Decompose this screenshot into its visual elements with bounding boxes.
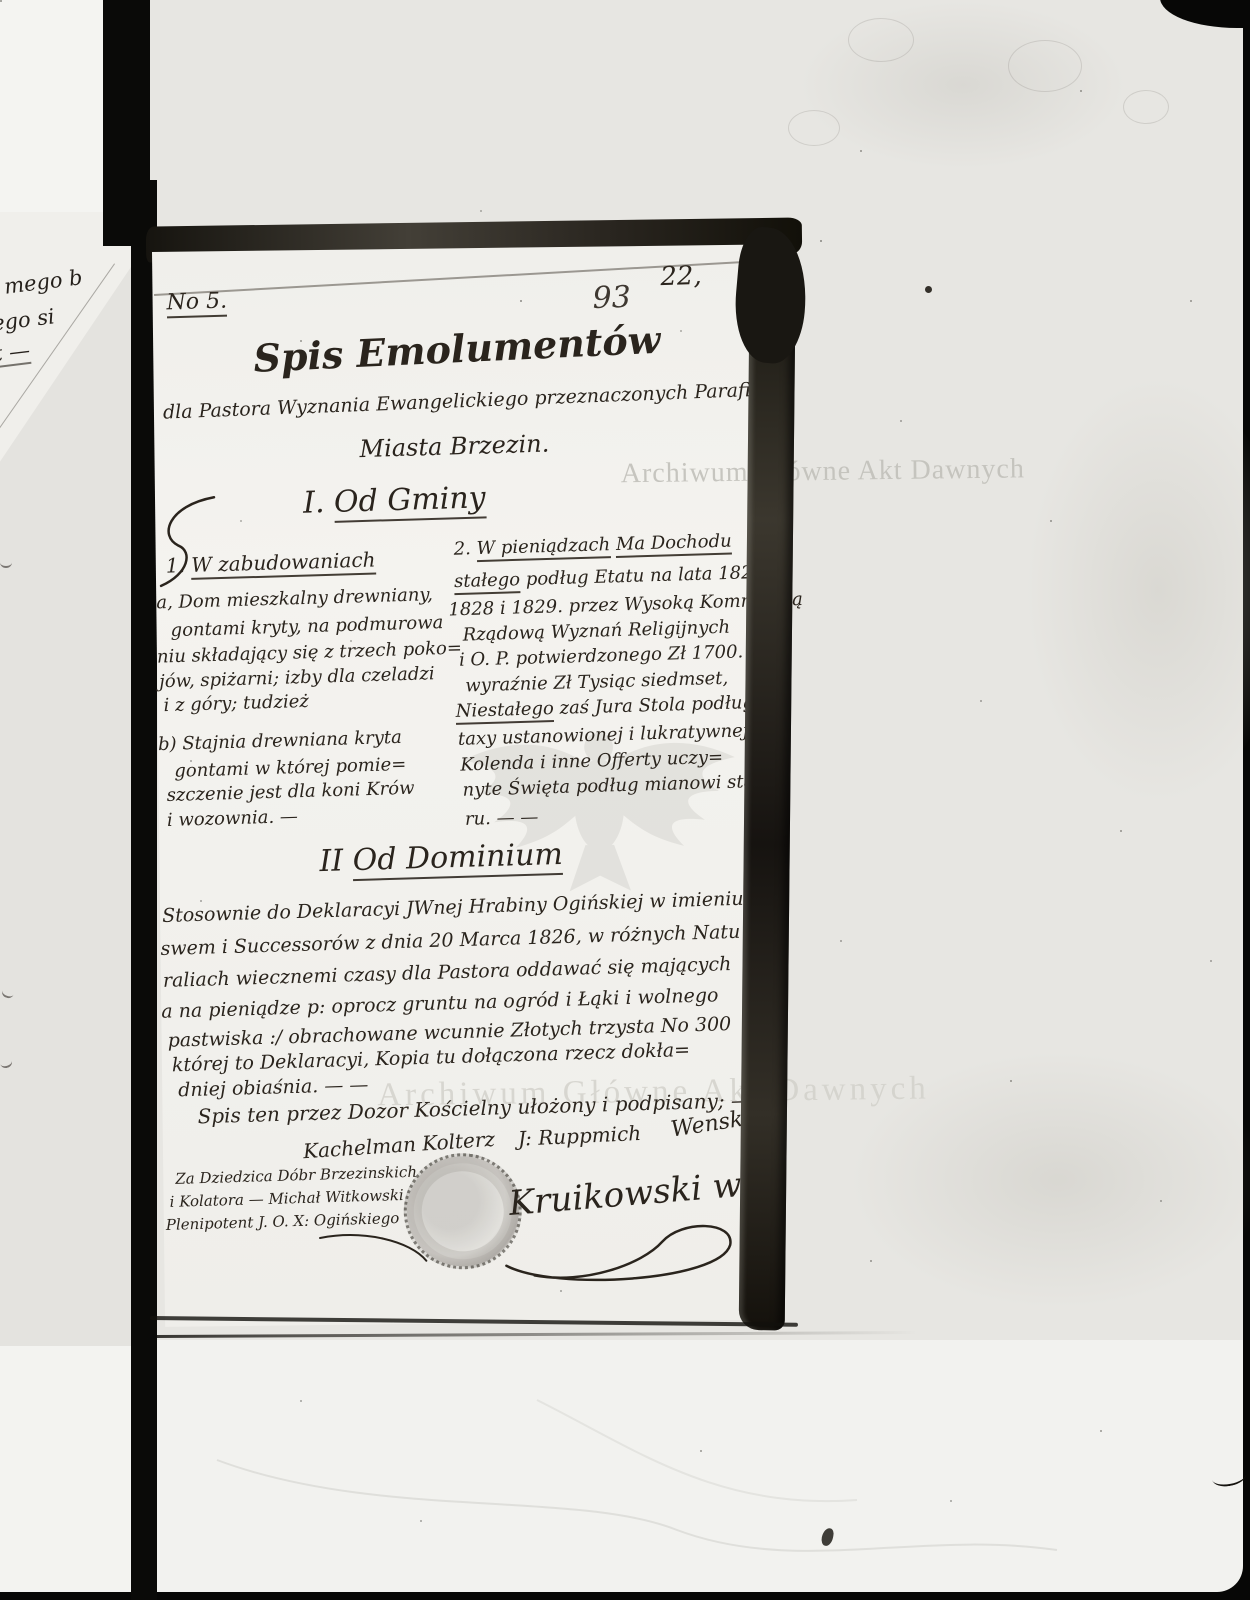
stain-ring: [848, 18, 914, 62]
attestation-line: Za Dziedzica Dóbr Brzezinskich: [175, 1163, 417, 1188]
left-line: i wozownia. —: [167, 806, 299, 831]
ink-dot: [925, 286, 932, 293]
section2-number: II: [319, 843, 344, 879]
title-line3: Miasta Brzezin.: [304, 428, 605, 465]
right-line: ru. — —: [465, 807, 539, 830]
left-line: szczenie jest dla koni Krów: [166, 778, 414, 806]
title-line2: dla Pastora Wyznania Ewangelickiego prze…: [160, 379, 760, 424]
stain-ring: [788, 110, 840, 146]
left-line: b) Stajnia drewniana kryta: [158, 727, 402, 755]
ink-mark: [0, 985, 15, 999]
stain-ring: [1123, 90, 1169, 124]
right-underlined: Niestałego: [455, 698, 554, 725]
dust-specks: [0, 0, 2, 2]
item2-heading-u2: Ma Dochodu: [616, 531, 732, 558]
attestation-line: i Kolatora — Michał Witkowski: [169, 1186, 404, 1211]
right-line: podług Etatu na lata 1827,: [526, 562, 770, 590]
left-line: gontami kryty, na podmurowa: [170, 612, 443, 641]
document-title: Spis Emolumentów: [252, 317, 661, 381]
item1-heading: W zabudowaniach: [191, 547, 376, 579]
item2-number: 2.: [453, 538, 471, 560]
manuscript-page: Archiwum Główne Akt Dawnych Archiwum Głó…: [152, 245, 777, 1327]
signature: J: Ruppmich: [517, 1121, 641, 1151]
attestation-line: Plenipotent J. O. X: Ogińskiego: [166, 1209, 400, 1234]
water-stain: [798, 0, 1128, 170]
section2-line: swem i Successorów z dnia 20 Marca 1826,…: [160, 921, 740, 960]
archive-watermark: Archiwum Główne Akt Dawnych: [621, 453, 1026, 490]
page-number-pencil: 93: [592, 280, 631, 316]
left-line: i z góry; tudzież: [163, 691, 309, 716]
section1-number: I.: [303, 485, 325, 521]
left-line: jów, spiżarni; izby dla czeladzi: [159, 663, 435, 692]
section2-heading: Od Dominium: [352, 837, 563, 881]
adjacent-page: mego b ego si t —: [0, 212, 133, 1346]
microfilm-scan: mego b ego si t — No 7. — m Archiwum Głó…: [0, 0, 1250, 1600]
crease-lines: [157, 1340, 1243, 1592]
section1-heading: Od Gminy: [333, 480, 486, 522]
right-line: i O. P. potwierdzonego Zł 1700.: [459, 641, 744, 670]
item2-heading-u1: W pieniądzach: [476, 534, 610, 562]
item1-number: 1.: [165, 553, 185, 578]
left-line: a, Dom mieszkalny drewniany,: [156, 584, 433, 613]
stain-ring: [1008, 40, 1082, 92]
bottom-left-sheet: [0, 1346, 133, 1592]
right-underlined: stałego: [454, 569, 521, 595]
right-line: Rządową Wyznań Religijnych: [462, 617, 730, 646]
main-signature: Kruikowski w.: [507, 1164, 750, 1224]
left-line: gontami w której pomie=: [174, 754, 407, 782]
ink-mark: [0, 557, 12, 568]
top-left-sheet: [0, 0, 104, 212]
section2-lastline: dniej obiaśnia. — —: [178, 1074, 369, 1102]
ink-mark: [0, 1056, 13, 1070]
handwriting-fragment: t —: [0, 338, 32, 368]
light-stain: [1028, 380, 1250, 800]
lower-sheet: [157, 1340, 1243, 1592]
